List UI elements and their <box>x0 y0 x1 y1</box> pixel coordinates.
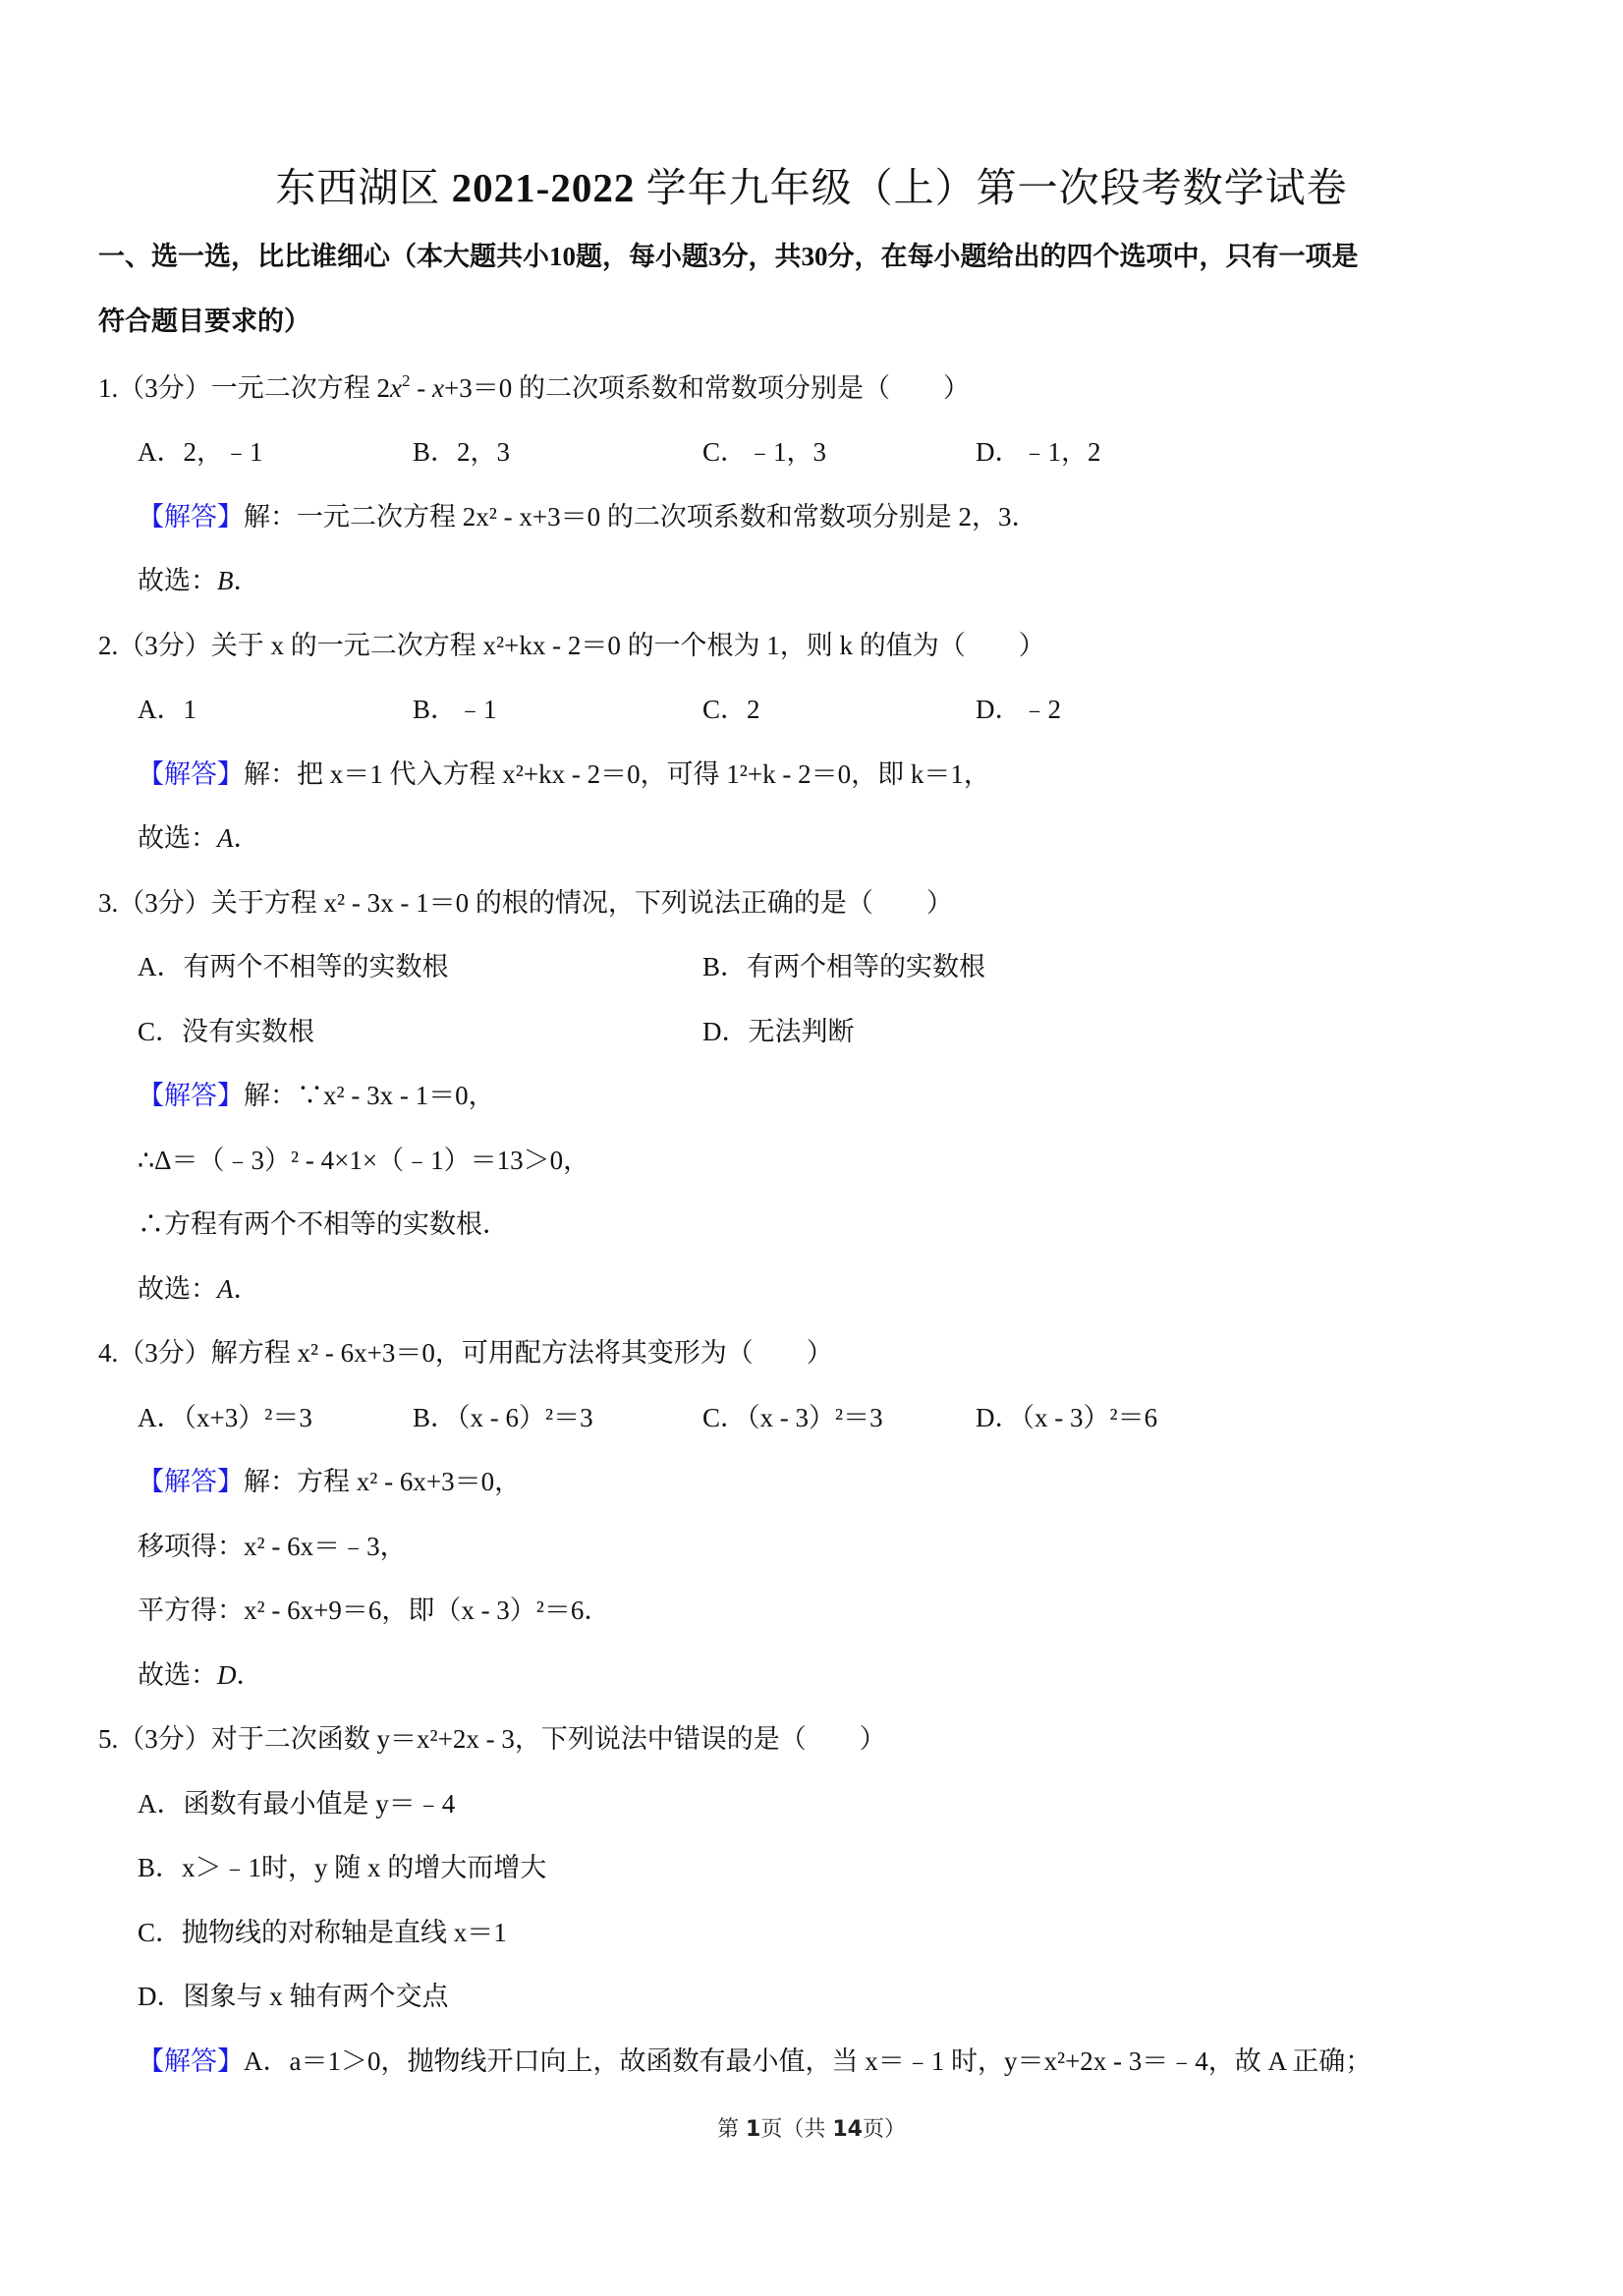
question-3-option-c: C．没有实数根 <box>138 1015 314 1048</box>
question-score: （3分） <box>118 1338 211 1368</box>
option-label: B． <box>413 695 457 724</box>
question-score: （3分） <box>118 1724 211 1754</box>
question-3-option-b: B．有两个相等的实数根 <box>702 950 985 983</box>
stem-text: 一元二次方程 2 <box>211 373 390 403</box>
option-text: 2 <box>747 695 760 724</box>
option-label: C． <box>702 695 747 724</box>
option-label: C． <box>702 1403 747 1432</box>
answer-prefix: 故选： <box>138 823 217 853</box>
option-text: 2，3 <box>457 437 510 467</box>
answer-choice: A <box>217 1274 234 1304</box>
question-2-option-b: B．﹣1 <box>413 693 497 726</box>
title-prefix: 东西湖区 <box>275 165 440 210</box>
question-2-solution: 【解答】解：把 x＝1 代入方程 x²+kx - 2＝0，可得 1²+k - 2… <box>138 757 990 791</box>
page-number: 1 <box>746 2117 760 2142</box>
footer-text: 第 <box>717 2117 746 2142</box>
option-label: A． <box>138 952 184 981</box>
option-label: D． <box>138 1982 184 2011</box>
question-4-option-d: D．（x - 3）²＝6 <box>976 1401 1157 1434</box>
stem-text: 解方程 x² - 6x+3＝0，可用配方法将其变形为（ ） <box>211 1338 833 1368</box>
option-text: （x - 6）²＝3 <box>457 1403 593 1432</box>
question-2-answer: 故选：A． <box>138 821 260 855</box>
option-label: B． <box>702 952 747 981</box>
question-3-option-d: D．无法判断 <box>702 1015 855 1048</box>
option-label: A． <box>138 1789 184 1819</box>
question-5-option-b: B．x＞﹣1时，y 随 x 的增大而增大 <box>138 1851 546 1884</box>
question-number: 5. <box>98 1724 118 1754</box>
option-label: A． <box>138 437 184 467</box>
title-year: 2021-2022 <box>452 165 636 210</box>
solution-text: 解：把 x＝1 代入方程 x²+kx - 2＝0，可得 1²+k - 2＝0，即… <box>244 759 990 789</box>
question-4-answer: 故选：D． <box>138 1658 263 1692</box>
solution-tag: 【解答】 <box>138 2046 244 2076</box>
question-1-option-b: B．2，3 <box>413 435 510 469</box>
option-text: 1 <box>184 695 197 724</box>
option-text: 函数有最小值是 y＝﹣4 <box>184 1789 456 1819</box>
option-text: x＞﹣1时，y 随 x 的增大而增大 <box>182 1853 546 1882</box>
question-4-option-b: B．（x - 6）²＝3 <box>413 1401 593 1434</box>
option-text: 无法判断 <box>749 1017 855 1046</box>
option-text: （x - 3）²＝3 <box>747 1403 883 1432</box>
option-text: （x - 3）²＝6 <box>1022 1403 1158 1432</box>
page-footer: 第 1页（共 14页） <box>0 2112 1623 2143</box>
answer-choice: B <box>217 566 234 595</box>
solution-tag: 【解答】 <box>138 1081 244 1110</box>
solution-tag: 【解答】 <box>138 1467 244 1496</box>
math-var: x <box>390 373 402 403</box>
footer-text: 页（共 <box>760 2117 832 2142</box>
question-score: （3分） <box>118 631 211 660</box>
option-text: 没有实数根 <box>182 1017 314 1046</box>
option-label: C． <box>702 437 747 467</box>
question-number: 2. <box>98 631 118 660</box>
option-label: D． <box>702 1017 749 1046</box>
option-label: D． <box>976 1403 1022 1432</box>
question-3-solution-line2: ∴Δ＝（﹣3）² - 4×1×（﹣1）＝13＞0， <box>138 1144 589 1177</box>
title-suffix: 学年九年级（上）第一次段考数学试卷 <box>646 165 1348 210</box>
question-4-solution-line1: 【解答】解：方程 x² - 6x+3＝0， <box>138 1465 521 1498</box>
question-2-option-a: A．1 <box>138 693 196 726</box>
option-text: ﹣1，3 <box>747 437 826 467</box>
option-label: C． <box>138 1017 182 1046</box>
question-2-option-d: D．﹣2 <box>976 693 1061 726</box>
stem-text: 关于方程 x² - 3x - 1＝0 的根的情况，下列说法正确的是（ ） <box>211 888 953 918</box>
answer-prefix: 故选： <box>138 1274 217 1304</box>
question-5-option-d: D．图象与 x 轴有两个交点 <box>138 1980 449 2013</box>
answer-suffix: ． <box>237 1660 263 1690</box>
solution-text: 解：∵x² - 3x - 1＝0， <box>244 1081 495 1110</box>
question-3-solution-line3: ∴方程有两个不相等的实数根． <box>138 1207 509 1241</box>
question-score: （3分） <box>118 888 211 918</box>
question-3-answer: 故选：A． <box>138 1272 260 1306</box>
solution-tag: 【解答】 <box>138 759 244 789</box>
option-text: 有两个不相等的实数根 <box>184 952 449 981</box>
question-1-option-d: D．﹣1，2 <box>976 435 1101 469</box>
question-1-option-a: A．2，﹣1 <box>138 435 263 469</box>
answer-suffix: ． <box>234 566 260 595</box>
question-5-solution: 【解答】A．a＝1＞0，抛物线开口向上，故函数有最小值，当 x＝﹣1 时，y＝x… <box>138 2044 1371 2078</box>
total-pages: 14 <box>832 2117 863 2142</box>
question-number: 1. <box>98 373 118 403</box>
answer-prefix: 故选： <box>138 566 217 595</box>
question-number: 3. <box>98 888 118 918</box>
page-title: 东西湖区 2021-2022 学年九年级（上）第一次段考数学试卷 <box>0 163 1623 212</box>
stem-text: 对于二次函数 y＝x²+2x - 3，下列说法中错误的是（ ） <box>211 1724 886 1754</box>
section-heading-line1: 一、选一选，比比谁细心（本大题共小10题，每小题3分，共30分，在每小题给出的四… <box>98 242 1552 271</box>
math-var: x <box>432 373 444 403</box>
question-4-option-c: C．（x - 3）²＝3 <box>702 1401 883 1434</box>
section-heading-line2: 符合题目要求的） <box>98 307 1552 336</box>
option-label: B． <box>413 437 457 467</box>
question-3-solution-line1: 【解答】解：∵x² - 3x - 1＝0， <box>138 1079 495 1112</box>
option-label: A． <box>138 695 184 724</box>
option-text: 抛物线的对称轴是直线 x＝1 <box>182 1918 507 1947</box>
solution-tag: 【解答】 <box>138 502 244 532</box>
question-2-option-c: C．2 <box>702 693 760 726</box>
option-text: 图象与 x 轴有两个交点 <box>184 1982 449 2011</box>
stem-text: 关于 x 的一元二次方程 x²+kx - 2＝0 的一个根为 1，则 k 的值为… <box>211 631 1045 660</box>
option-label: D． <box>976 695 1022 724</box>
option-text: ﹣2 <box>1022 695 1062 724</box>
question-5-option-c: C．抛物线的对称轴是直线 x＝1 <box>138 1916 507 1949</box>
option-text: （x+3）²＝3 <box>184 1403 312 1432</box>
question-5-option-a: A．函数有最小值是 y＝﹣4 <box>138 1787 455 1820</box>
stem-text: - <box>410 373 432 403</box>
option-label: B． <box>413 1403 457 1432</box>
exam-page: 东西湖区 2021-2022 学年九年级（上）第一次段考数学试卷 一、选一选，比… <box>0 0 1623 2296</box>
footer-text: 页） <box>863 2117 906 2142</box>
option-text: ﹣1，2 <box>1022 437 1101 467</box>
question-3-stem: 3.（3分）关于方程 x² - 3x - 1＝0 的根的情况，下列说法正确的是（… <box>98 886 953 920</box>
question-4-option-a: A．（x+3）²＝3 <box>138 1401 312 1434</box>
question-1-solution: 【解答】解：一元二次方程 2x² - x+3＝0 的二次项系数和常数项分别是 2… <box>138 500 1038 533</box>
question-2-stem: 2.（3分）关于 x 的一元二次方程 x²+kx - 2＝0 的一个根为 1，则… <box>98 629 1045 662</box>
option-label: D． <box>976 437 1022 467</box>
option-text: ﹣1 <box>457 695 497 724</box>
solution-text: 解：方程 x² - 6x+3＝0， <box>244 1467 521 1496</box>
option-text: 有两个相等的实数根 <box>747 952 985 981</box>
option-text: 2，﹣1 <box>184 437 263 467</box>
question-3-option-a: A．有两个不相等的实数根 <box>138 950 449 983</box>
solution-text: 解：一元二次方程 2x² - x+3＝0 的二次项系数和常数项分别是 2，3． <box>244 502 1038 532</box>
answer-suffix: ． <box>234 823 260 853</box>
answer-prefix: 故选： <box>138 1660 217 1690</box>
answer-choice: D <box>217 1660 237 1690</box>
option-label: C． <box>138 1918 182 1947</box>
option-label: B． <box>138 1853 182 1882</box>
question-4-stem: 4.（3分）解方程 x² - 6x+3＝0，可用配方法将其变形为（ ） <box>98 1336 833 1370</box>
question-number: 4. <box>98 1338 118 1368</box>
option-label: A． <box>138 1403 184 1432</box>
question-1-option-c: C．﹣1，3 <box>702 435 826 469</box>
answer-choice: A <box>217 823 234 853</box>
solution-text: A．a＝1＞0，抛物线开口向上，故函数有最小值，当 x＝﹣1 时，y＝x²+2x… <box>244 2046 1371 2076</box>
question-1-answer: 故选：B． <box>138 564 260 597</box>
stem-text: +3＝0 的二次项系数和常数项分别是（ ） <box>444 373 970 403</box>
answer-suffix: ． <box>234 1274 260 1304</box>
question-1-stem: 1.（3分）一元二次方程 2x2 - x+3＝0 的二次项系数和常数项分别是（ … <box>98 371 970 405</box>
question-4-solution-line3: 平方得：x² - 6x+9＝6，即（x - 3）²＝6． <box>138 1594 610 1627</box>
question-5-stem: 5.（3分）对于二次函数 y＝x²+2x - 3，下列说法中错误的是（ ） <box>98 1722 886 1756</box>
question-score: （3分） <box>118 373 211 403</box>
question-4-solution-line2: 移项得：x² - 6x＝﹣3， <box>138 1530 407 1563</box>
